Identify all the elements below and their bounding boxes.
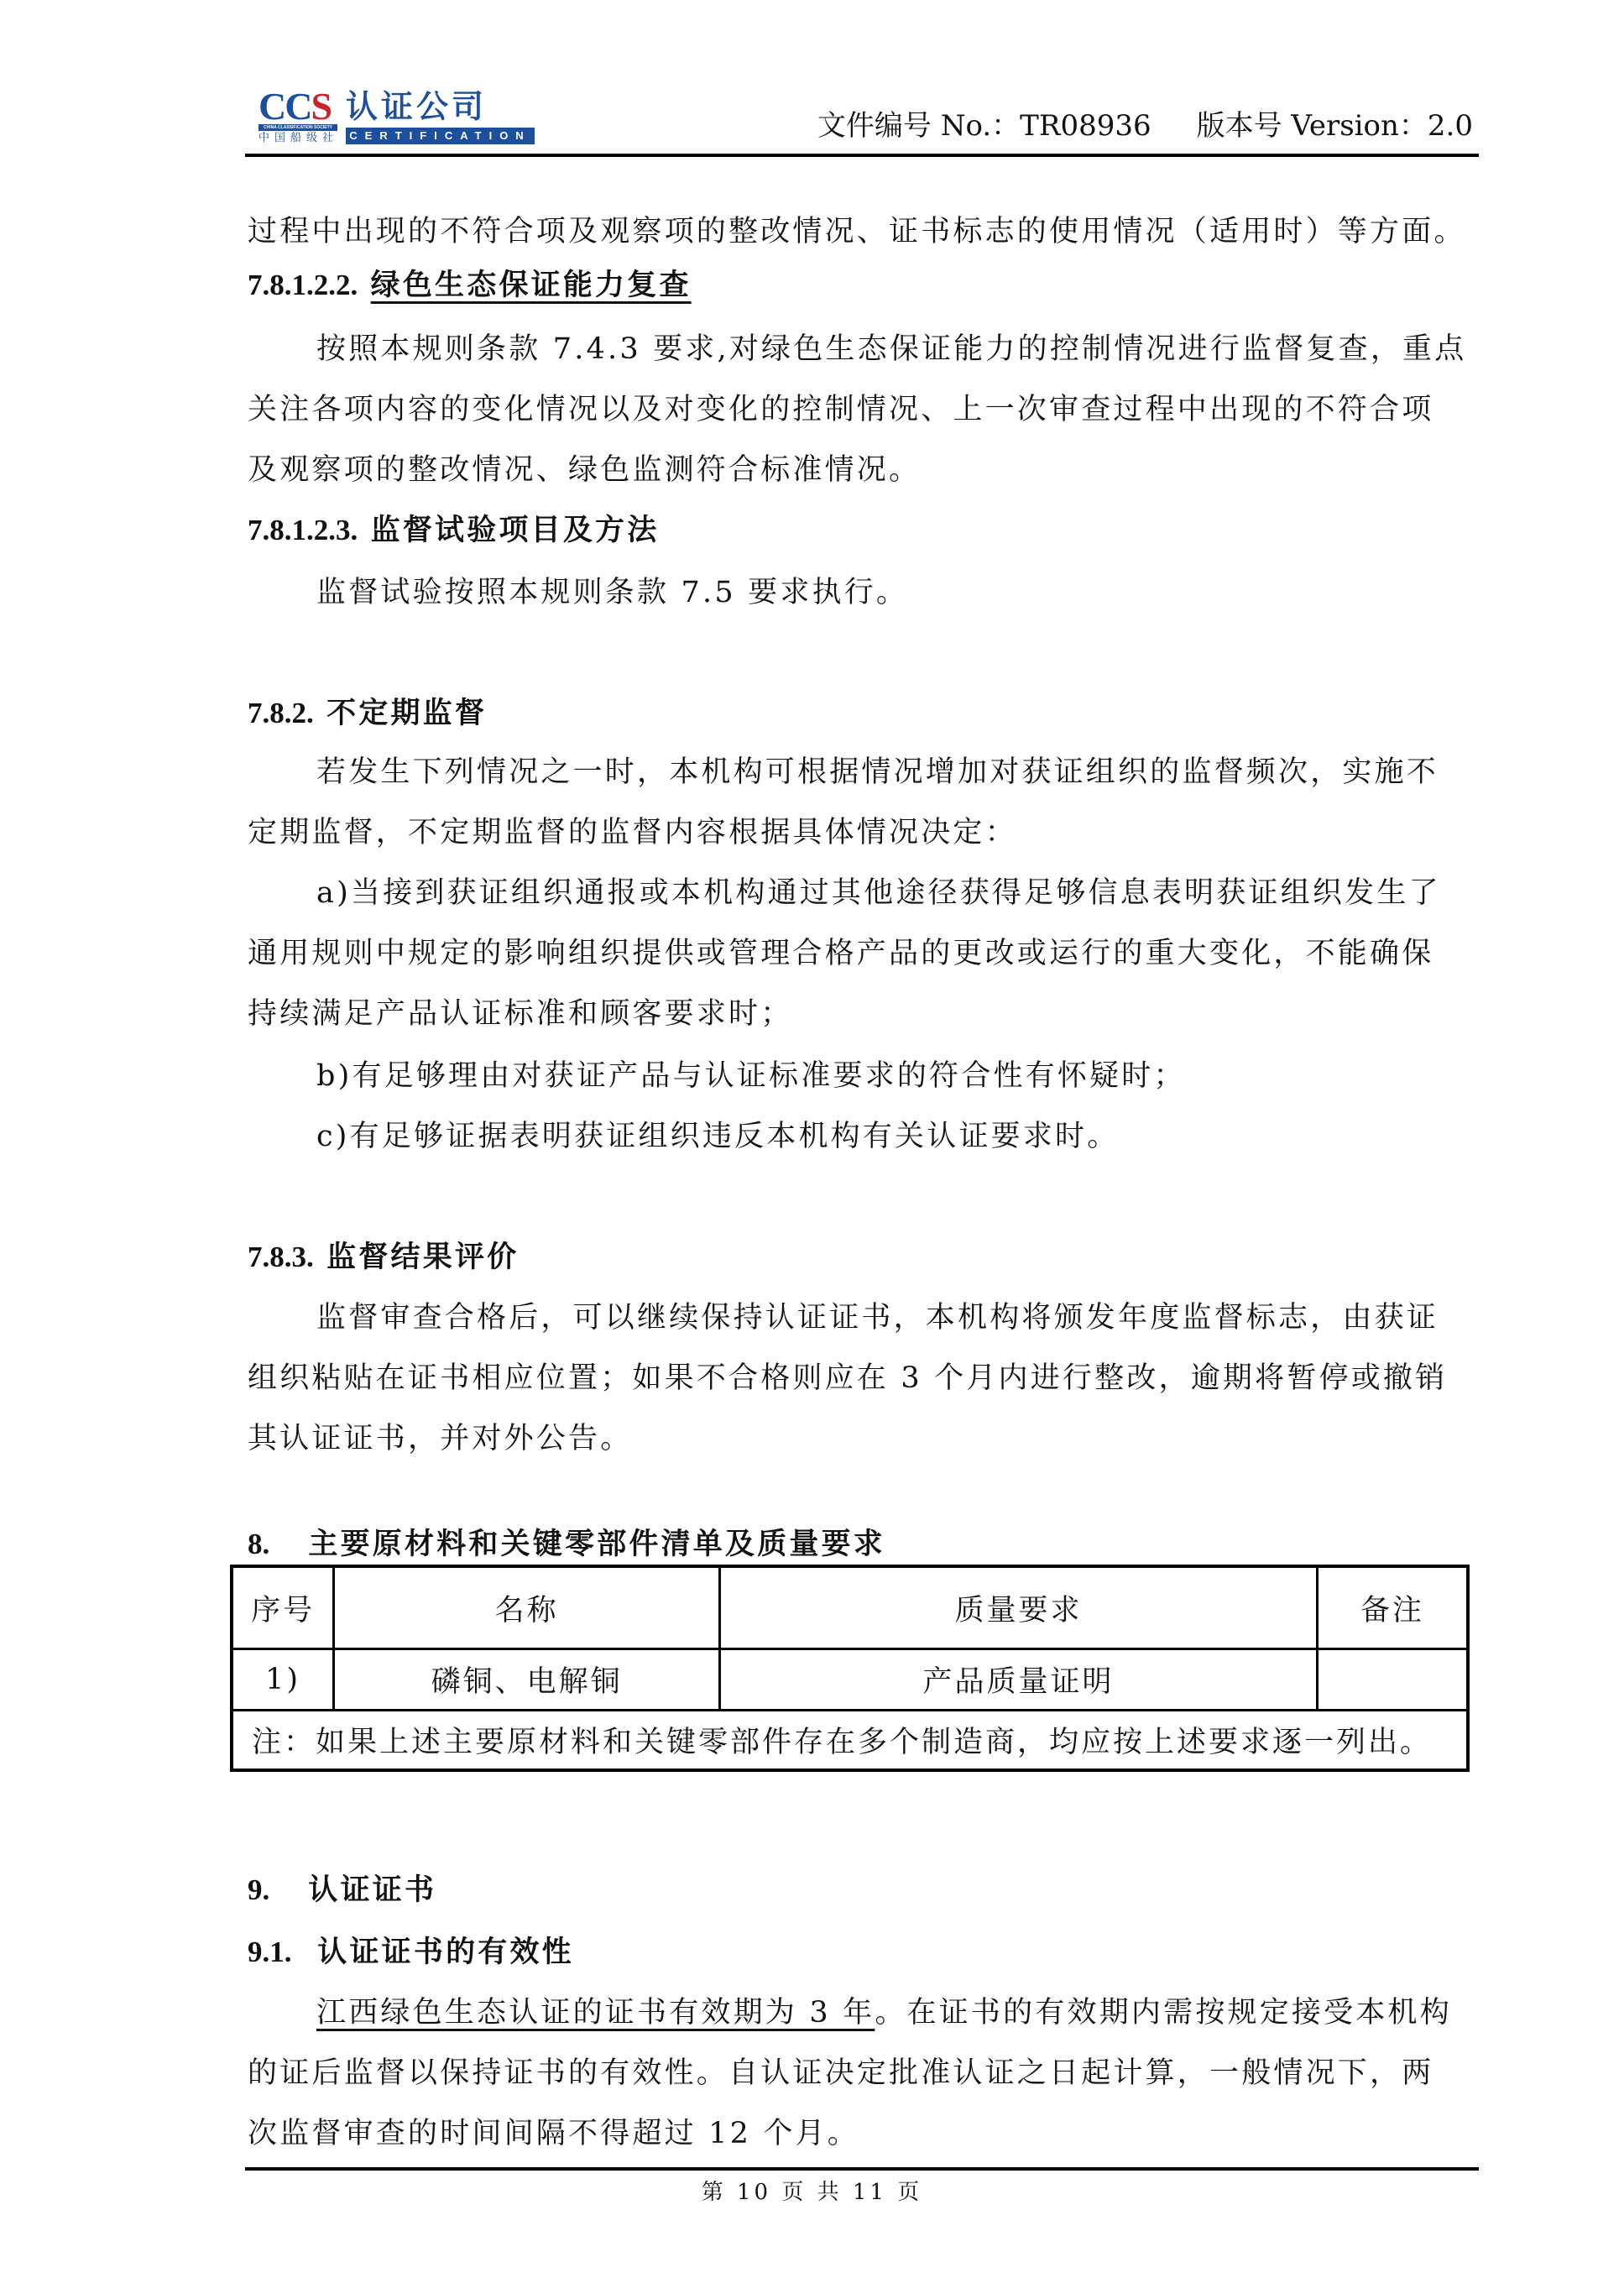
validity-period-text: 江西绿色生态认证的证书有效期为 3 年 bbox=[316, 1996, 875, 2030]
table-note: 注：如果上述主要原材料和关键零部件存在多个制造商，均应按上述要求逐一列出。 bbox=[232, 1711, 1468, 1771]
section-heading-9: 9. 认证证书 bbox=[248, 1873, 1481, 1907]
paragraph-line: 关注各项内容的变化情况以及对变化的控制情况、上一次审查过程中出现的不符合项 bbox=[248, 393, 1481, 426]
header-divider bbox=[245, 154, 1479, 157]
table-header-row: 序号 名称 质量要求 备注 bbox=[232, 1566, 1468, 1649]
cell-name: 磷铜、电解铜 bbox=[334, 1649, 720, 1711]
header-cell-name: 名称 bbox=[334, 1566, 720, 1649]
page-number: 第 10 页 共 11 页 bbox=[0, 2180, 1624, 2205]
section-title: 绿色生态保证能力复查 bbox=[371, 268, 692, 302]
section-number: 7.8.1.2.3. bbox=[248, 514, 358, 546]
cell-remarks bbox=[1317, 1649, 1468, 1711]
header-cell-index: 序号 bbox=[232, 1566, 334, 1649]
version-number: 2.0 bbox=[1428, 109, 1473, 143]
section-heading-7-8-3: 7.8.3. 监督结果评价 bbox=[248, 1241, 1481, 1274]
section-number: 9. bbox=[248, 1873, 269, 1906]
ccs-certification-logo: CCS CHINA CLASSIFICATION SOCIETY 中国船级社 认… bbox=[258, 87, 569, 146]
cell-index: 1) bbox=[232, 1649, 334, 1711]
section-title: 认证证书的有效性 bbox=[317, 1935, 574, 1969]
list-item-b: b)有足够理由对获证产品与认证标准要求的符合性有怀疑时； bbox=[316, 1059, 1550, 1093]
section-heading-9-1: 9.1. 认证证书的有效性 bbox=[248, 1936, 1481, 1969]
paragraph-line: 的证后监督以保持证书的有效性。自认证决定批准认证之日起计算，一般情况下，两 bbox=[248, 2056, 1481, 2090]
cell-quality: 产品质量证明 bbox=[720, 1649, 1318, 1711]
table-row: 1) 磷铜、电解铜 产品质量证明 bbox=[232, 1649, 1468, 1711]
logo-company-cn: 认证公司 bbox=[346, 89, 487, 124]
logo-ccs-mark: CCS bbox=[258, 87, 331, 126]
logo-company-en: CERTIFICATION bbox=[346, 128, 535, 144]
document-meta: 文件编号 No.：TR08936版本号 Version：2.0 bbox=[817, 109, 1473, 143]
table-note-row: 注：如果上述主要原材料和关键零部件存在多个制造商，均应按上述要求逐一列出。 bbox=[232, 1711, 1468, 1771]
section-heading-7-8-2: 7.8.2. 不定期监督 bbox=[248, 697, 1481, 730]
paragraph-line: 监督审查合格后，可以继续保持认证证书，本机构将颁发年度监督标志，由获证 bbox=[316, 1301, 1550, 1335]
section-title: 监督结果评价 bbox=[326, 1240, 519, 1274]
section-number: 7.8.2. bbox=[248, 697, 314, 729]
section-title: 监督试验项目及方法 bbox=[371, 513, 660, 547]
paragraph-line: 其认证证书，并对外公告。 bbox=[248, 1422, 1481, 1455]
paragraph-line: 持续满足产品认证标准和顾客要求时； bbox=[248, 997, 1481, 1031]
doc-number: TR08936 bbox=[1020, 109, 1151, 143]
materials-table: 序号 名称 质量要求 备注 1) 磷铜、电解铜 产品质量证明 注：如果上述主要原… bbox=[230, 1565, 1470, 1772]
section-heading-8: 8. 主要原材料和关键零部件清单及质量要求 bbox=[248, 1528, 1481, 1561]
paragraph-line: 次监督审查的时间间隔不得超过 12 个月。 bbox=[248, 2117, 1481, 2150]
footer-divider bbox=[245, 2167, 1479, 2171]
paragraph-line: 组织粘贴在证书相应位置；如果不合格则应在 3 个月内进行整改，逾期将暂停或撤销 bbox=[248, 1361, 1481, 1395]
list-item-c: c)有足够证据表明获证组织违反本机构有关认证要求时。 bbox=[316, 1120, 1550, 1153]
paragraph-line: 江西绿色生态认证的证书有效期为 3 年。在证书的有效期内需按规定接受本机构 bbox=[316, 1996, 1550, 2030]
paragraph-line: 若发生下列情况之一时，本机构可根据情况增加对获证组织的监督频次，实施不 bbox=[316, 755, 1550, 789]
section-number: 7.8.1.2.2. bbox=[248, 269, 358, 301]
section-number: 8. bbox=[248, 1528, 269, 1560]
section-title: 认证证书 bbox=[308, 1873, 436, 1907]
header-cell-quality: 质量要求 bbox=[720, 1566, 1318, 1649]
paragraph-line: 定期监督，不定期监督的监督内容根据具体情况决定： bbox=[248, 816, 1481, 849]
section-title: 主要原材料和关键零部件清单及质量要求 bbox=[308, 1527, 885, 1561]
paragraph-line: 过程中出现的不符合项及观察项的整改情况、证书标志的使用情况（适用时）等方面。 bbox=[248, 215, 1481, 248]
logo-society-cn: 中国船级社 bbox=[258, 133, 338, 144]
list-item-a: a)当接到获证组织通报或本机构通过其他途径获得足够信息表明获证组织发生了 bbox=[316, 876, 1550, 910]
paragraph-line: 通用规则中规定的影响组织提供或管理合格产品的更改或运行的重大变化，不能确保 bbox=[248, 937, 1481, 970]
doc-number-label: 文件编号 No.： bbox=[817, 109, 1020, 143]
section-title: 不定期监督 bbox=[326, 696, 487, 730]
logo-society-en: CHINA CLASSIFICATION SOCIETY bbox=[258, 124, 337, 131]
section-number: 7.8.3. bbox=[248, 1241, 314, 1273]
header-cell-remarks: 备注 bbox=[1317, 1566, 1468, 1649]
paragraph-line: 按照本规则条款 7.4.3 要求,对绿色生态保证能力的控制情况进行监督复查，重点 bbox=[316, 332, 1550, 366]
version-label: 版本号 Version： bbox=[1197, 109, 1428, 143]
section-number: 9.1. bbox=[248, 1936, 292, 1968]
paragraph-line: 及观察项的整改情况、绿色监测符合标准情况。 bbox=[248, 453, 1481, 487]
section-heading-7-8-1-2-3: 7.8.1.2.3. 监督试验项目及方法 bbox=[248, 514, 1481, 547]
paragraph-line: 监督试验按照本规则条款 7.5 要求执行。 bbox=[316, 576, 1550, 609]
section-heading-7-8-1-2-2: 7.8.1.2.2. 绿色生态保证能力复查 bbox=[248, 269, 1481, 302]
